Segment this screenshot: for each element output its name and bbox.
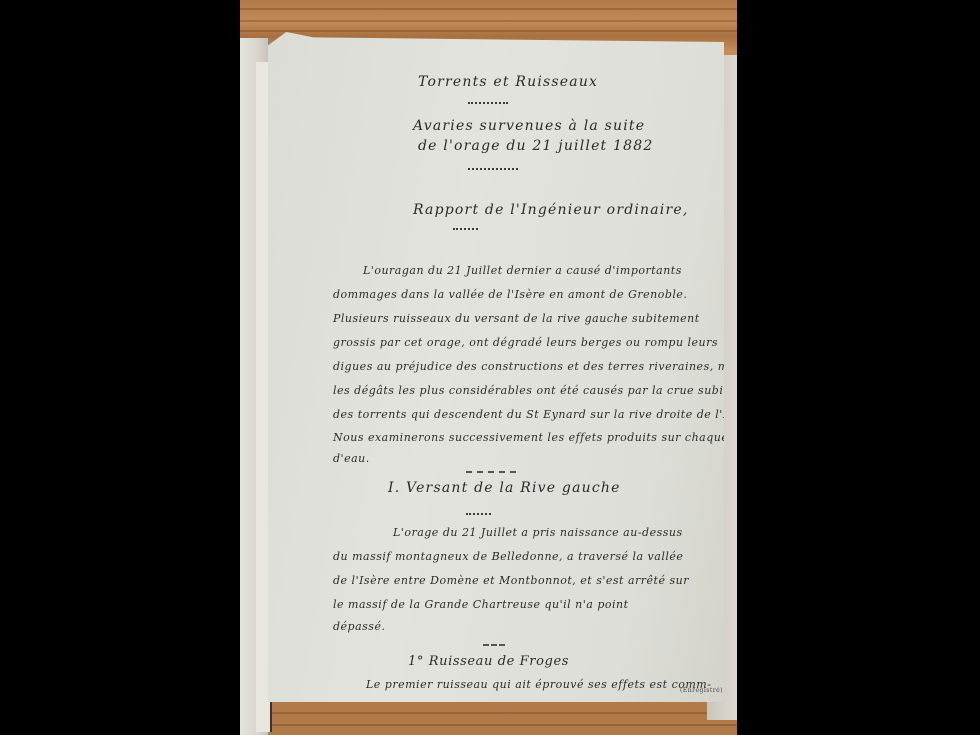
registration-stamp: (Enregistré): [680, 687, 723, 694]
report-title: Rapport de l'Ingénieur ordinaire,: [413, 202, 689, 218]
intro-line: L'ouragan du 21 Juillet dernier a causé …: [363, 264, 682, 277]
subsection-1-line: Le premier ruisseau qui ait éprouvé ses …: [366, 678, 711, 691]
subsection-1-title: 1° Ruisseau de Froges: [408, 654, 569, 669]
section-flourish: [466, 509, 491, 515]
document-photograph: Torrents et Ruisseaux Avaries survenues …: [240, 0, 737, 735]
intro-line: des torrents qui descendent du St Eynard…: [333, 408, 737, 421]
subtitle-line-2: de l'orage du 21 juillet 1882: [418, 138, 653, 154]
intro-line: grossis par cet orage, ont dégradé leurs…: [333, 336, 718, 349]
wood-grain: [240, 8, 737, 10]
subsection-separator: [483, 642, 505, 646]
section-1-line: le massif de la Grande Chartreuse qu'il …: [333, 598, 629, 611]
report-flourish: [453, 224, 478, 230]
section-1-line: L'orage du 21 Juillet a pris naissance a…: [393, 526, 683, 539]
intro-line: Plusieurs ruisseaux du versant de la riv…: [333, 312, 700, 325]
section-separator: [466, 469, 516, 473]
intro-line: Nous examinerons successivement les effe…: [333, 431, 737, 444]
intro-line: les dégâts les plus considérables ont ét…: [333, 384, 735, 397]
title-flourish: [468, 98, 508, 104]
section-1-title: Versant de la Rive gauche: [406, 480, 621, 496]
section-1-line: dépassé.: [333, 620, 385, 633]
intro-line: dommages dans la vallée de l'Isère en am…: [333, 288, 687, 301]
wood-grain: [240, 20, 737, 22]
subtitle-flourish: [468, 164, 518, 170]
wood-grain: [240, 30, 737, 32]
section-1-heading: I. Versant de la Rive gauche: [388, 480, 621, 496]
section-1-number: I.: [388, 480, 400, 496]
wood-grain: [240, 712, 737, 714]
intro-line: digues au préjudice des constructions et…: [333, 360, 737, 373]
document-title: Torrents et Ruisseaux: [418, 74, 598, 90]
manuscript-page: Torrents et Ruisseaux Avaries survenues …: [268, 32, 724, 702]
wood-grain: [240, 724, 737, 726]
section-1-line: du massif montagneux de Belledonne, a tr…: [333, 550, 683, 563]
intro-line: d'eau.: [333, 452, 370, 465]
subtitle-line-1: Avaries survenues à la suite: [413, 118, 645, 134]
section-1-line: de l'Isère entre Domène et Montbonnot, e…: [333, 574, 689, 587]
